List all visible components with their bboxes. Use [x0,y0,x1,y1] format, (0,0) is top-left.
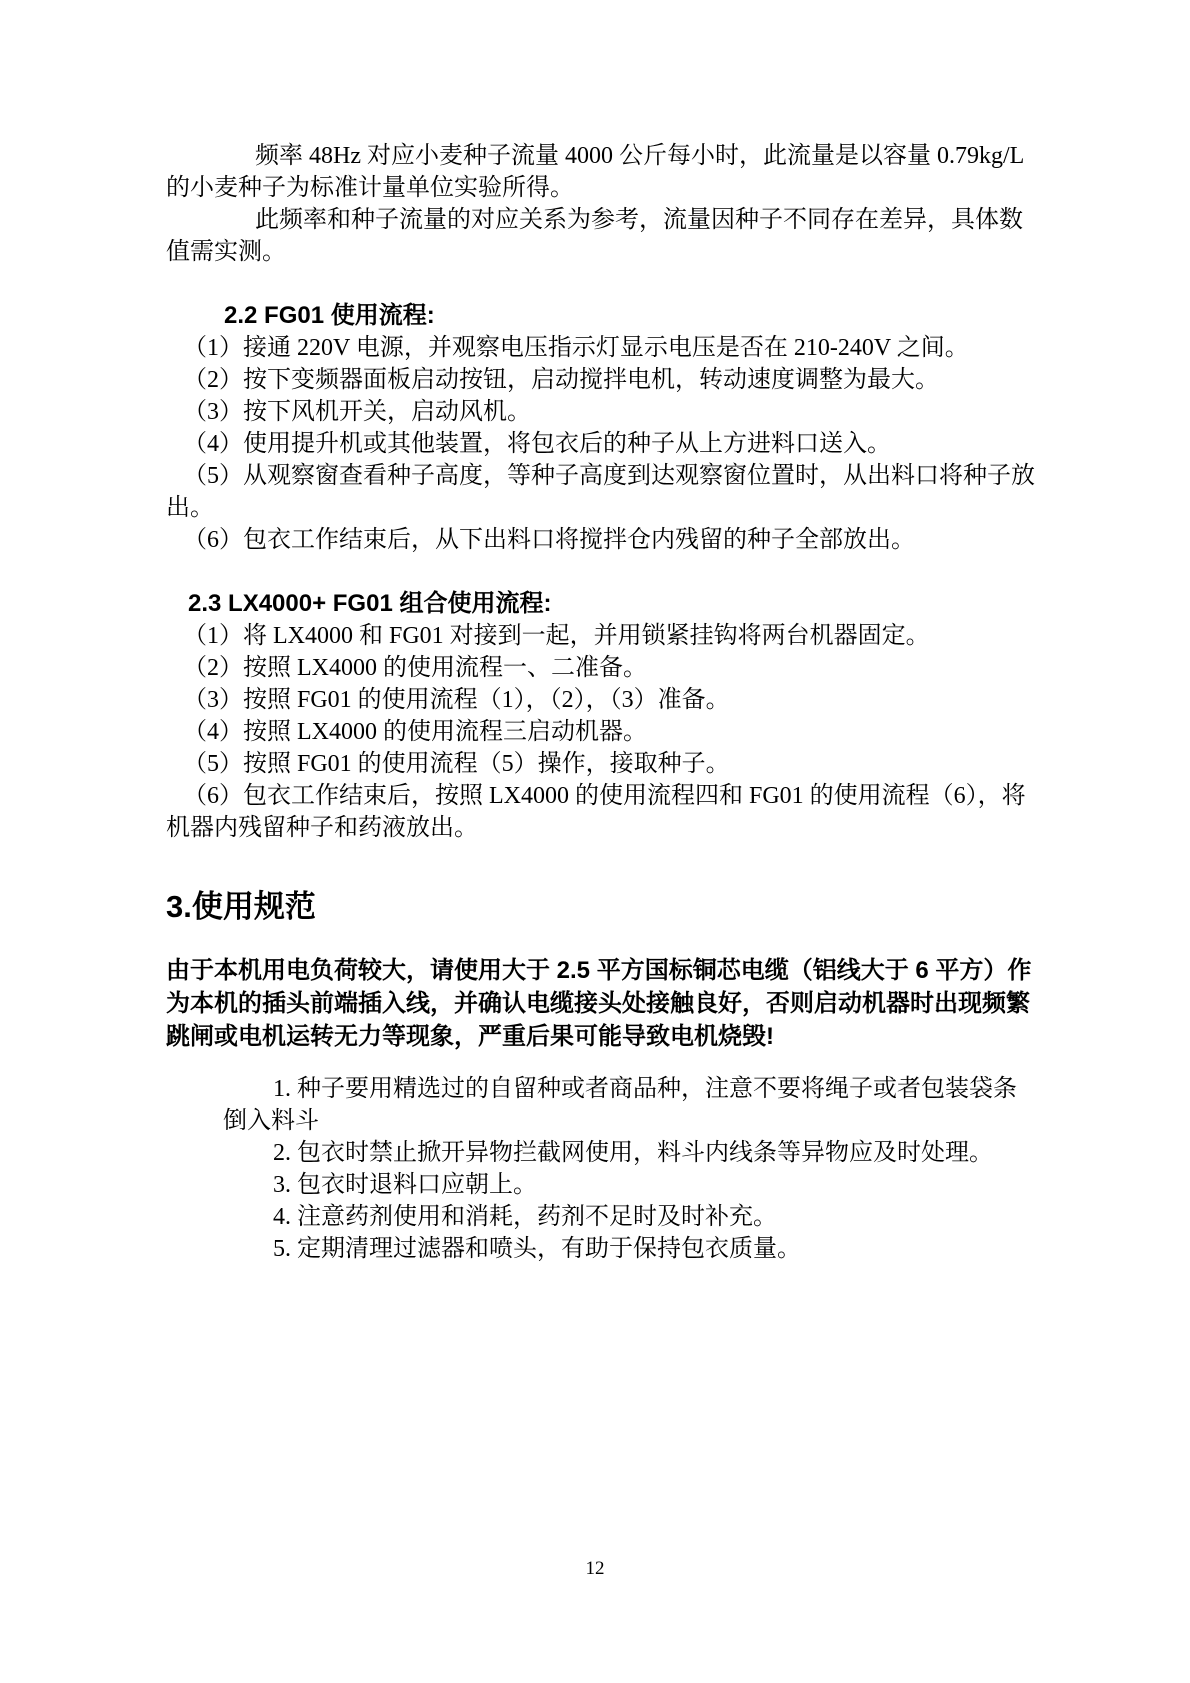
section-2-3-heading: 2.3 LX4000+ FG01 组合使用流程: [166,588,1040,620]
document-page: 频率 48Hz 对应小麦种子流量 4000 公斤每小时，此流量是以容量 0.79… [0,0,1190,1683]
page-content: 频率 48Hz 对应小麦种子流量 4000 公斤每小时，此流量是以容量 0.79… [0,0,1190,1265]
usage-rule-2: 2. 包衣时禁止掀开异物拦截网使用，料斗内线条等异物应及时处理。 [166,1137,1040,1169]
usage-rule-4: 4. 注意药剂使用和消耗，药剂不足时及时补充。 [166,1201,1040,1233]
section-2-3-step-1: （1）将 LX4000 和 FG01 对接到一起，并用锁紧挂钩将两台机器固定。 [166,620,1040,652]
usage-rules-list: 1. 种子要用精选过的自留种或者商品种，注意不要将绳子或者包装袋条倒入料斗 2.… [166,1073,1040,1265]
page-number: 12 [0,1556,1190,1582]
section-2-3-step-5: （5）按照 FG01 的使用流程（5）操作，接取种子。 [166,748,1040,780]
usage-rule-1: 1. 种子要用精选过的自留种或者商品种，注意不要将绳子或者包装袋条倒入料斗 [166,1073,1040,1137]
intro-paragraph-2: 此频率和种子流量的对应关系为参考，流量因种子不同存在差异，具体数值需实测。 [166,204,1040,268]
section-2-2-heading: 2.2 FG01 使用流程: [166,300,1040,332]
section-2-2-step-5: （5）从观察窗查看种子高度，等种子高度到达观察窗位置时，从出料口将种子放出。 [166,460,1040,524]
section-2-2-step-1: （1）接通 220V 电源，并观察电压指示灯显示电压是否在 210-240V 之… [166,332,1040,364]
section-2-2-step-2: （2）按下变频器面板启动按钮，启动搅拌电机，转动速度调整为最大。 [166,364,1040,396]
section-2-2-step-3: （3）按下风机开关，启动风机。 [166,396,1040,428]
section-2-3-step-6: （6）包衣工作结束后，按照 LX4000 的使用流程四和 FG01 的使用流程（… [166,780,1040,844]
section-2-2-step-6: （6）包衣工作结束后，从下出料口将搅拌仓内残留的种子全部放出。 [166,524,1040,556]
intro-paragraph-1: 频率 48Hz 对应小麦种子流量 4000 公斤每小时，此流量是以容量 0.79… [166,140,1040,204]
power-cable-warning: 由于本机用电负荷较大，请使用大于 2.5 平方国标铜芯电缆（铝线大于 6 平方）… [166,954,1040,1053]
section-3-heading: 3.使用规范 [166,886,1040,928]
usage-rule-5: 5. 定期清理过滤器和喷头，有助于保持包衣质量。 [166,1233,1040,1265]
section-2-3-step-2: （2）按照 LX4000 的使用流程一、二准备。 [166,652,1040,684]
usage-rule-3: 3. 包衣时退料口应朝上。 [166,1169,1040,1201]
section-2-2-step-4: （4）使用提升机或其他装置，将包衣后的种子从上方进料口送入。 [166,428,1040,460]
section-2-3-step-3: （3）按照 FG01 的使用流程（1），（2），（3）准备。 [166,684,1040,716]
section-2-3-step-4: （4）按照 LX4000 的使用流程三启动机器。 [166,716,1040,748]
